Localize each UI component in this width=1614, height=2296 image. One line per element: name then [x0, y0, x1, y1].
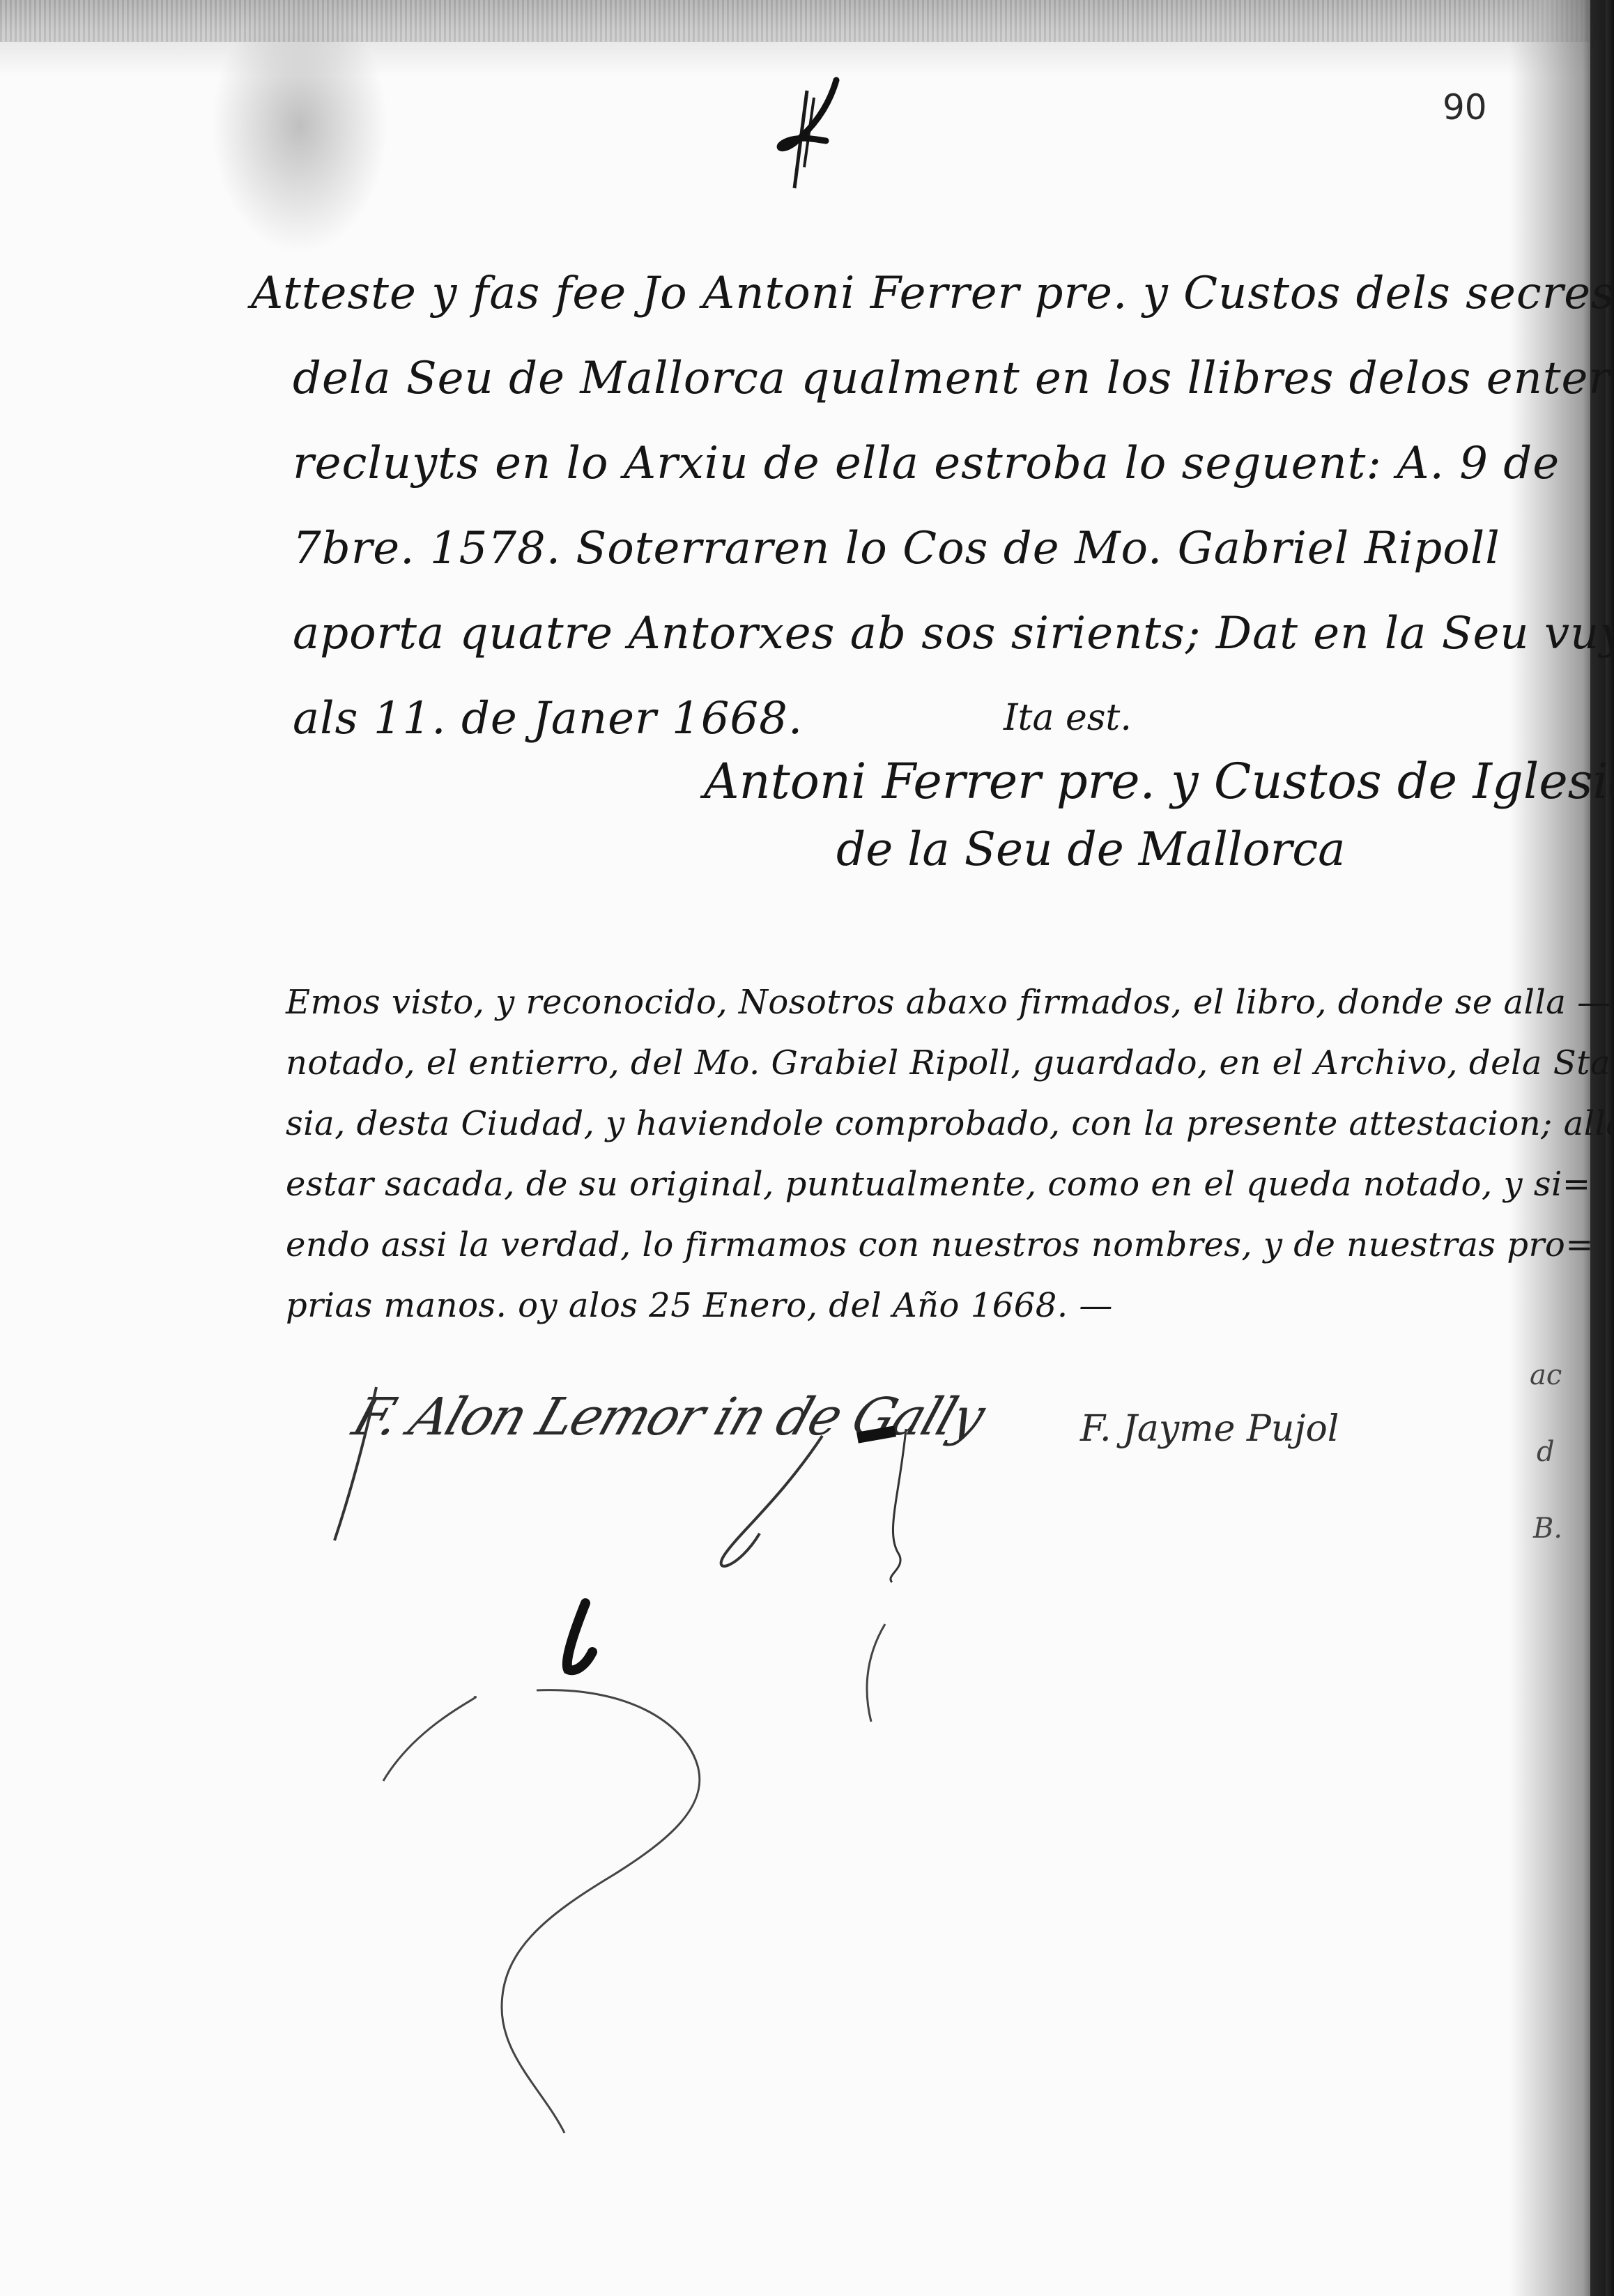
margin-note: B.	[1533, 1513, 1562, 1545]
margin-note: ac	[1530, 1359, 1562, 1391]
manuscript-page: 90 Atteste y fas fee Jo Antoni Ferrer pr…	[0, 0, 1614, 2296]
flourish-strokes-icon	[0, 0, 1614, 2296]
margin-note: d	[1537, 1436, 1555, 1468]
